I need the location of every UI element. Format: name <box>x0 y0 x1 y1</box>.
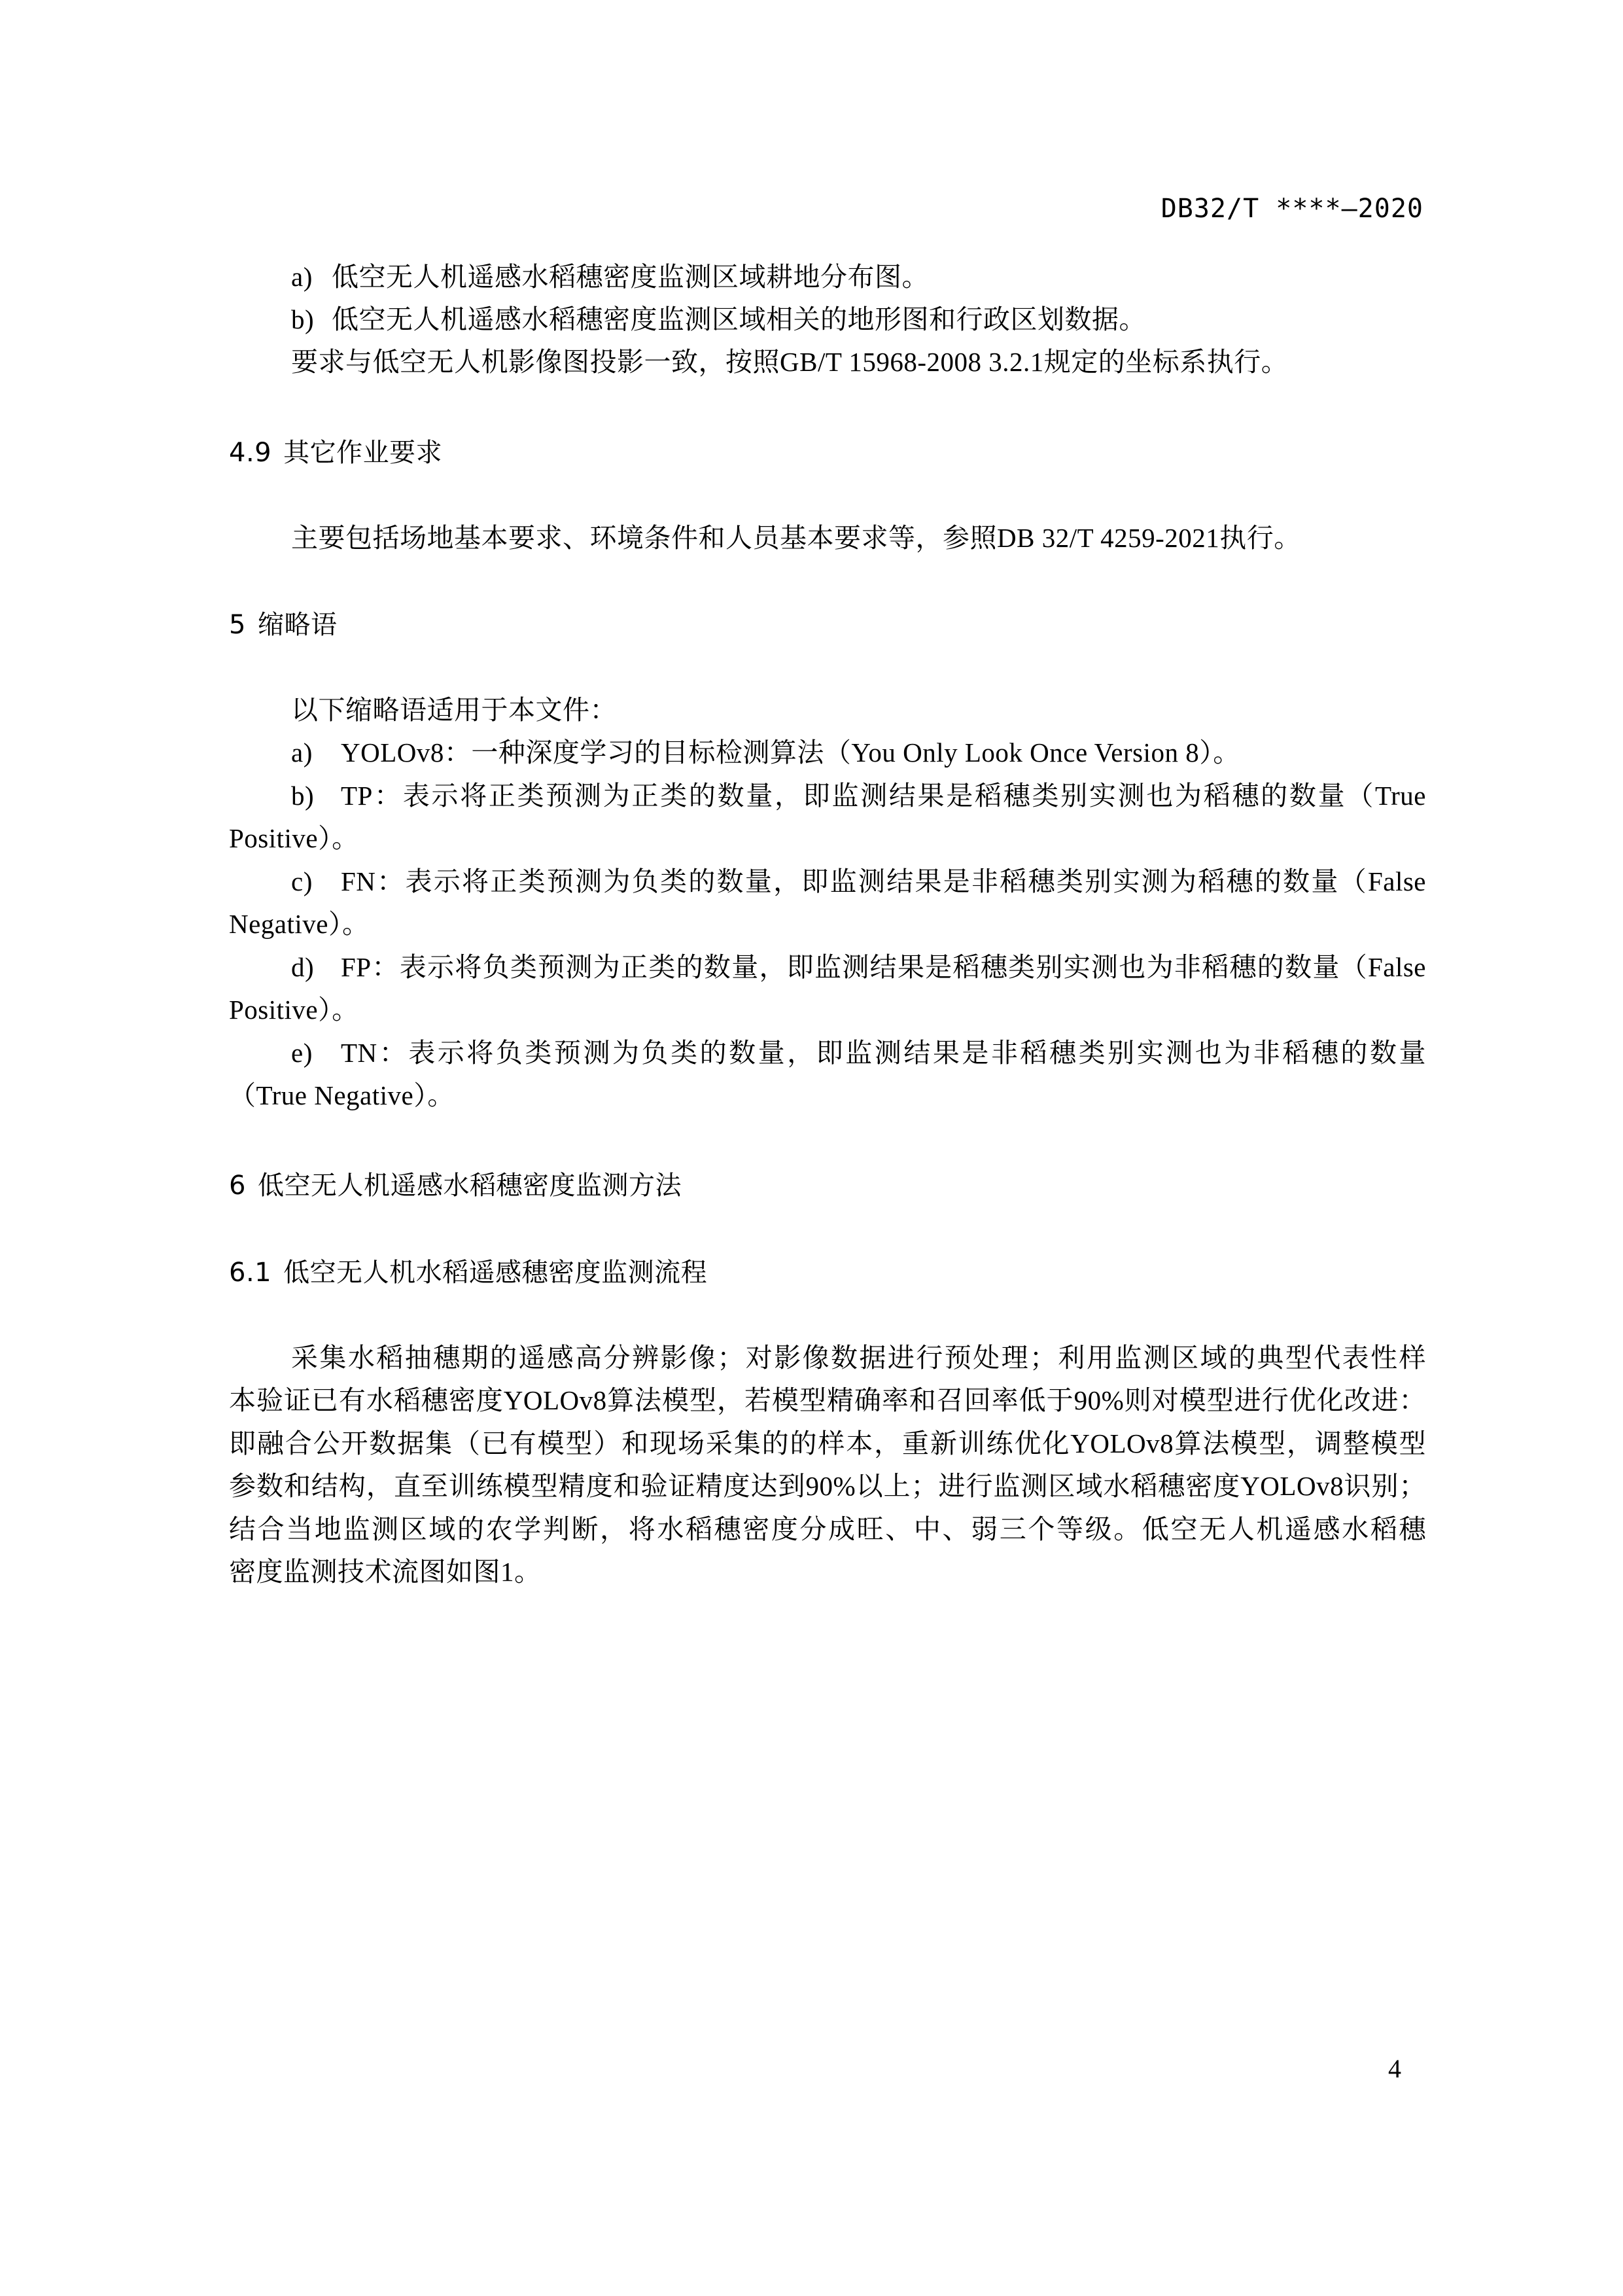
abbreviation-continuation: Positive）。 <box>229 819 359 858</box>
section-heading-5: 5缩略语 <box>229 605 337 645</box>
abbreviation-continuation: Negative）。 <box>229 904 369 944</box>
paragraph-line: 密度监测技术流图如图1。 <box>229 1552 542 1591</box>
abbreviation-item: a)YOLOv8：一种深度学习的目标检测算法（You Only Look Onc… <box>291 733 1240 772</box>
document-page: DB32/T ****—2020 a)低空无人机遥感水稻穗密度监测区域耕地分布图… <box>0 0 1623 2296</box>
section-title: 低空无人机水稻遥感穗密度监测流程 <box>283 1258 707 1288</box>
section-title: 其它作业要求 <box>283 438 442 468</box>
list-item: a)低空无人机遥感水稻穗密度监测区域耕地分布图。 <box>291 257 929 296</box>
paragraph-line: 本验证已有水稻穗密度YOLOv8算法模型，若模型精确率和召回率低于90%则对模型… <box>229 1381 1426 1420</box>
paragraph-line: 采集水稻抽穗期的遥感高分辨影像；对影像数据进行预处理；利用监测区域的典型代表性样 <box>291 1338 1426 1377</box>
section-number: 4.9 <box>229 438 271 468</box>
list-item-label: a) <box>291 733 341 772</box>
section-body: 主要包括场地基本要求、环境条件和人员基本要求等，参照DB 32/T 4259-2… <box>291 518 1301 557</box>
list-item-text: 低空无人机遥感水稻穗密度监测区域相关的地形图和行政区划数据。 <box>332 304 1146 334</box>
abbreviation-item: e)TN：表示将负类预测为负类的数量，即监测结果是非稻穗类别实测也为非稻穗的数量 <box>291 1033 1426 1072</box>
list-item-text: FN：表示将正类预测为负类的数量，即监测结果是非稻穗类别实测为稻穗的数量（Fal… <box>341 866 1426 896</box>
paragraph-line: 结合当地监测区域的农学判断，将水稻穗密度分成旺、中、弱三个等级。低空无人机遥感水… <box>229 1510 1426 1549</box>
paragraph-line: 参数和结构，直至训练模型精度和验证精度达到90%以上；进行监测区域水稻穗密度YO… <box>229 1466 1426 1506</box>
requirement-note: 要求与低空无人机影像图投影一致，按照GB/T 15968-2008 3.2.1规… <box>291 342 1288 381</box>
section-heading-4-9: 4.9其它作业要求 <box>229 433 442 472</box>
abbreviation-item: d)FP：表示将负类预测为正类的数量，即监测结果是稻穗类别实测也为非稻穗的数量（… <box>291 947 1426 987</box>
list-item-label: b) <box>291 776 341 815</box>
list-item-text: FP：表示将负类预测为正类的数量，即监测结果是稻穗类别实测也为非稻穗的数量（Fa… <box>341 952 1426 982</box>
section-number: 6 <box>229 1171 246 1201</box>
list-item-text: TN：表示将负类预测为负类的数量，即监测结果是非稻穗类别实测也为非稻穗的数量 <box>341 1038 1426 1068</box>
page-number: 4 <box>1388 2053 1401 2084</box>
list-item-label: a) <box>291 257 332 296</box>
document-code-header: DB32/T ****—2020 <box>1161 194 1423 224</box>
list-item-text: YOLOv8：一种深度学习的目标检测算法（You Only Look Once … <box>341 737 1240 768</box>
list-item: b)低空无人机遥感水稻穗密度监测区域相关的地形图和行政区划数据。 <box>291 300 1146 339</box>
abbreviation-item: c)FN：表示将正类预测为负类的数量，即监测结果是非稻穗类别实测为稻穗的数量（F… <box>291 862 1426 901</box>
section-title: 低空无人机遥感水稻穗密度监测方法 <box>258 1171 682 1201</box>
list-item-label: b) <box>291 300 332 339</box>
abbreviation-continuation: （True Negative）。 <box>229 1076 455 1115</box>
section-heading-6-1: 6.1低空无人机水稻遥感穗密度监测流程 <box>229 1253 707 1292</box>
section-title: 缩略语 <box>258 610 338 640</box>
section-intro: 以下缩略语适用于本文件： <box>291 690 617 730</box>
paragraph-line: 即融合公开数据集（已有模型）和现场采集的的样本，重新训练优化YOLOv8算法模型… <box>229 1424 1426 1463</box>
list-item-label: d) <box>291 947 341 987</box>
list-item-text: TP：表示将正类预测为正类的数量，即监测结果是稻穗类别实测也为稻穗的数量（Tru… <box>341 781 1426 811</box>
list-item-label: c) <box>291 862 341 901</box>
list-item-text: 低空无人机遥感水稻穗密度监测区域耕地分布图。 <box>332 262 929 292</box>
section-number: 6.1 <box>229 1258 271 1288</box>
abbreviation-continuation: Positive）。 <box>229 990 359 1029</box>
section-number: 5 <box>229 610 246 640</box>
section-heading-6: 6低空无人机遥感水稻穗密度监测方法 <box>229 1166 682 1205</box>
abbreviation-item: b)TP：表示将正类预测为正类的数量，即监测结果是稻穗类别实测也为稻穗的数量（T… <box>291 776 1426 815</box>
list-item-label: e) <box>291 1033 341 1072</box>
